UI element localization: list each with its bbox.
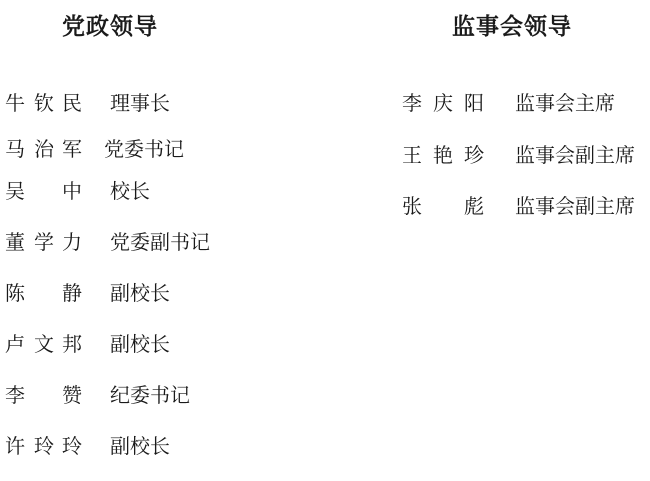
member-title: 监事会主席	[515, 90, 615, 116]
member-title: 副校长	[110, 331, 170, 357]
name-char: 王	[400, 142, 424, 168]
name-char: 民	[60, 90, 84, 116]
name-char: 力	[60, 229, 84, 255]
member-title: 党委书记	[104, 136, 184, 162]
member-title: 纪委书记	[110, 382, 190, 408]
name-char: 阳	[462, 90, 486, 116]
name-char: 玲	[60, 433, 84, 459]
name-char: 卢	[3, 331, 27, 357]
member-title: 监事会副主席	[515, 193, 635, 219]
member-title: 校长	[110, 178, 150, 204]
name-char: 邦	[60, 331, 84, 357]
name-char: 艳	[431, 142, 455, 168]
name-char: 学	[32, 229, 56, 255]
party-gov-heading: 党政领导	[62, 8, 158, 41]
member-title: 副校长	[110, 433, 170, 459]
name-char: 文	[32, 331, 56, 357]
name-char: 牛	[3, 90, 27, 116]
member-title: 理事长	[110, 90, 170, 116]
name-char: 许	[3, 433, 27, 459]
name-char: 陈	[3, 280, 27, 306]
name-char: 治	[32, 136, 56, 162]
name-char: 董	[3, 229, 27, 255]
name-char: 庆	[431, 90, 455, 116]
member-title: 党委副书记	[110, 229, 210, 255]
name-char: 李	[400, 90, 424, 116]
name-char: 玲	[32, 433, 56, 459]
name-char: 中	[60, 178, 84, 204]
name-char: 珍	[462, 142, 486, 168]
name-char: 军	[60, 136, 84, 162]
name-char: 彪	[462, 193, 486, 219]
name-char: 马	[3, 136, 27, 162]
name-char: 吴	[3, 178, 27, 204]
name-char: 钦	[32, 90, 56, 116]
name-char: 赞	[60, 382, 84, 408]
member-title: 监事会副主席	[515, 142, 635, 168]
name-char: 静	[60, 280, 84, 306]
name-char: 张	[400, 193, 424, 219]
supervisory-heading: 监事会领导	[452, 8, 572, 41]
member-title: 副校长	[110, 280, 170, 306]
name-char: 李	[3, 382, 27, 408]
